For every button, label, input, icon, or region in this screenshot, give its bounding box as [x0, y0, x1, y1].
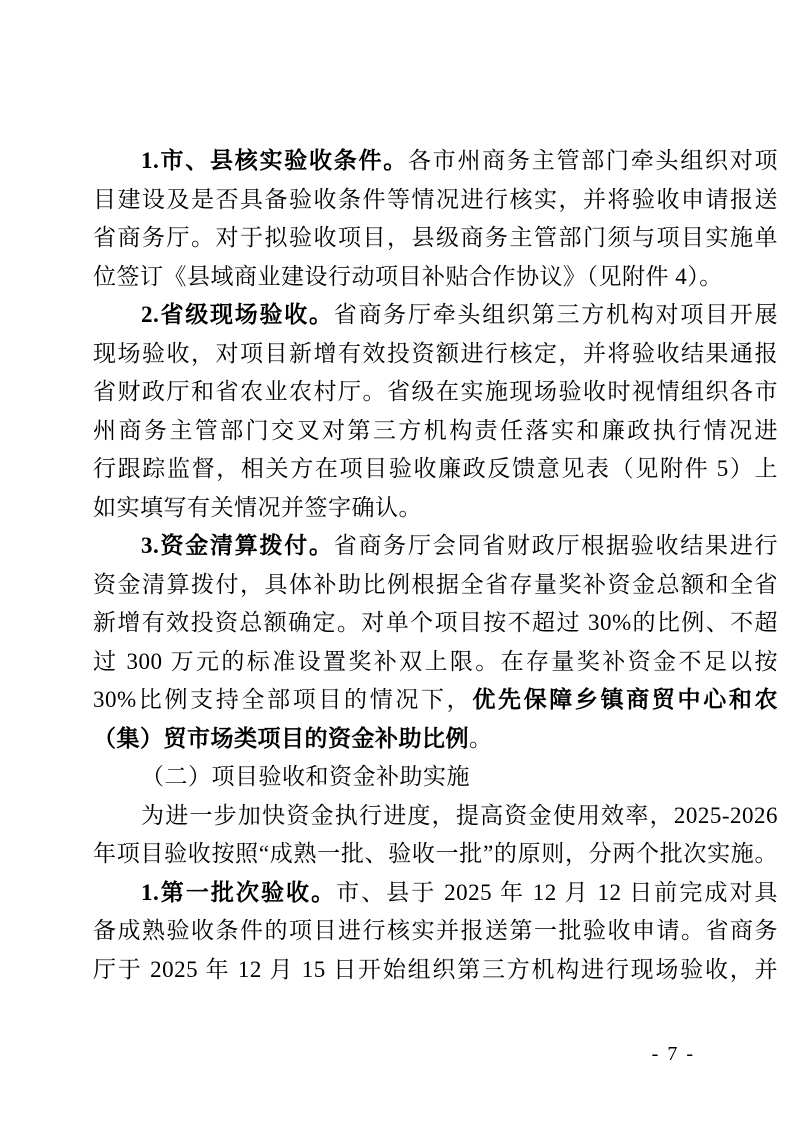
text-segment: 备成熟验收条件的项目进行核实并报送第一批验收申请。省商务 — [93, 918, 778, 943]
bold-text-segment: 3.资金清算拨付。 — [141, 533, 334, 558]
text-line: 1.第一批次验收。市、县于 2025 年 12 月 12 日前完成对具 — [93, 874, 778, 913]
text-line: 2.省级现场验收。省商务厅牵头组织第三方机构对项目开展 — [93, 296, 778, 335]
bold-text-segment: 1.市、县核实验收条件。 — [141, 148, 408, 173]
text-segment: 位签订《县域商业建设行动项目补贴合作协议》（见附件 4）。 — [93, 264, 723, 289]
text-line: 资金清算拨付，具体补助比例根据全省存量奖补资金总额和全省 — [93, 566, 778, 605]
bold-text-segment: 1.第一批次验收。 — [141, 880, 336, 905]
text-segment: 省财政厅和省农业农村厅。省级在实施现场验收时视情组织各市 — [93, 379, 778, 404]
text-line: 省商务厅。对于拟验收项目，县级商务主管部门须与项目实施单 — [93, 219, 778, 258]
document-body: 1.市、县核实验收条件。各市州商务主管部门牵头组织对项目建设及是否具备验收条件等… — [93, 142, 778, 989]
text-segment: 省商务厅牵头组织第三方机构对项目开展 — [334, 302, 778, 327]
text-segment: 州商务主管部门交叉对第三方机构责任落实和廉政执行情况进 — [93, 418, 778, 443]
text-segment: 目建设及是否具备验收条件等情况进行核实，并将验收申请报送 — [93, 187, 778, 212]
text-segment: 30%比例支持全部项目的情况下， — [93, 687, 472, 712]
text-line: 省财政厅和省农业农村厅。省级在实施现场验收时视情组织各市 — [93, 373, 778, 412]
text-line: 为进一步加快资金执行进度，提高资金使用效率，2025-2026 — [93, 797, 778, 836]
text-line: 行跟踪监督，相关方在项目验收廉政反馈意见表（见附件 5）上 — [93, 450, 778, 489]
text-line: （二）项目验收和资金补助实施 — [93, 758, 778, 797]
text-segment: 过 300 万元的标准设置奖补双上限。在存量奖补资金不足以按 — [93, 649, 778, 674]
text-segment: 行跟踪监督，相关方在项目验收廉政反馈意见表（见附件 5）上 — [93, 456, 778, 481]
text-line: 州商务主管部门交叉对第三方机构责任落实和廉政执行情况进 — [93, 412, 778, 451]
bold-text-segment: 2.省级现场验收。 — [141, 302, 334, 327]
text-line: 3.资金清算拨付。省商务厅会同省财政厅根据验收结果进行 — [93, 527, 778, 566]
text-line: 过 300 万元的标准设置奖补双上限。在存量奖补资金不足以按 — [93, 643, 778, 682]
text-segment: 为进一步加快资金执行进度，提高资金使用效率，2025-2026 — [141, 803, 778, 828]
text-line: 厅于 2025 年 12 月 15 日开始组织第三方机构进行现场验收，并 — [93, 951, 778, 990]
text-segment: 省商务厅。对于拟验收项目，县级商务主管部门须与项目实施单 — [93, 225, 778, 250]
text-segment: 资金清算拨付，具体补助比例根据全省存量奖补资金总额和全省 — [93, 572, 778, 597]
text-segment: 各市州商务主管部门牵头组织对项 — [408, 148, 778, 173]
text-line: 1.市、县核实验收条件。各市州商务主管部门牵头组织对项 — [93, 142, 778, 181]
text-segment: 。 — [469, 726, 493, 751]
text-line: 目建设及是否具备验收条件等情况进行核实，并将验收申请报送 — [93, 181, 778, 220]
text-line: 30%比例支持全部项目的情况下，优先保障乡镇商贸中心和农 — [93, 681, 778, 720]
text-line: 新增有效投资总额确定。对单个项目按不超过 30%的比例、不超 — [93, 604, 778, 643]
text-segment: 省商务厅会同省财政厅根据验收结果进行 — [334, 533, 778, 558]
text-line: （集）贸市场类项目的资金补助比例。 — [93, 720, 778, 759]
document-page: 1.市、县核实验收条件。各市州商务主管部门牵头组织对项目建设及是否具备验收条件等… — [0, 0, 793, 1122]
text-line: 备成熟验收条件的项目进行核实并报送第一批验收申请。省商务 — [93, 912, 778, 951]
text-segment: 现场验收，对项目新增有效投资额进行核定，并将验收结果通报 — [93, 341, 778, 366]
bold-text-segment: 优先保障乡镇商贸中心和农 — [472, 687, 778, 712]
text-segment: 如实填写有关情况并签字确认。 — [93, 495, 422, 520]
text-line: 年项目验收按照“成熟一批、验收一批”的原则，分两个批次实施。 — [93, 835, 778, 874]
text-segment: （二）项目验收和资金补助实施 — [141, 764, 470, 789]
text-segment: 市、县于 2025 年 12 月 12 日前完成对具 — [336, 880, 778, 905]
text-line: 如实填写有关情况并签字确认。 — [93, 489, 778, 528]
bold-text-segment: （集）贸市场类项目的资金补助比例 — [93, 726, 469, 751]
page-number: - 7 - — [652, 1042, 695, 1066]
text-line: 现场验收，对项目新增有效投资额进行核定，并将验收结果通报 — [93, 335, 778, 374]
text-line: 位签订《县域商业建设行动项目补贴合作协议》（见附件 4）。 — [93, 258, 778, 297]
text-segment: 厅于 2025 年 12 月 15 日开始组织第三方机构进行现场验收，并 — [93, 957, 778, 982]
text-segment: 年项目验收按照“成熟一批、验收一批”的原则，分两个批次实施。 — [93, 841, 778, 866]
text-segment: 新增有效投资总额确定。对单个项目按不超过 30%的比例、不超 — [93, 610, 778, 635]
